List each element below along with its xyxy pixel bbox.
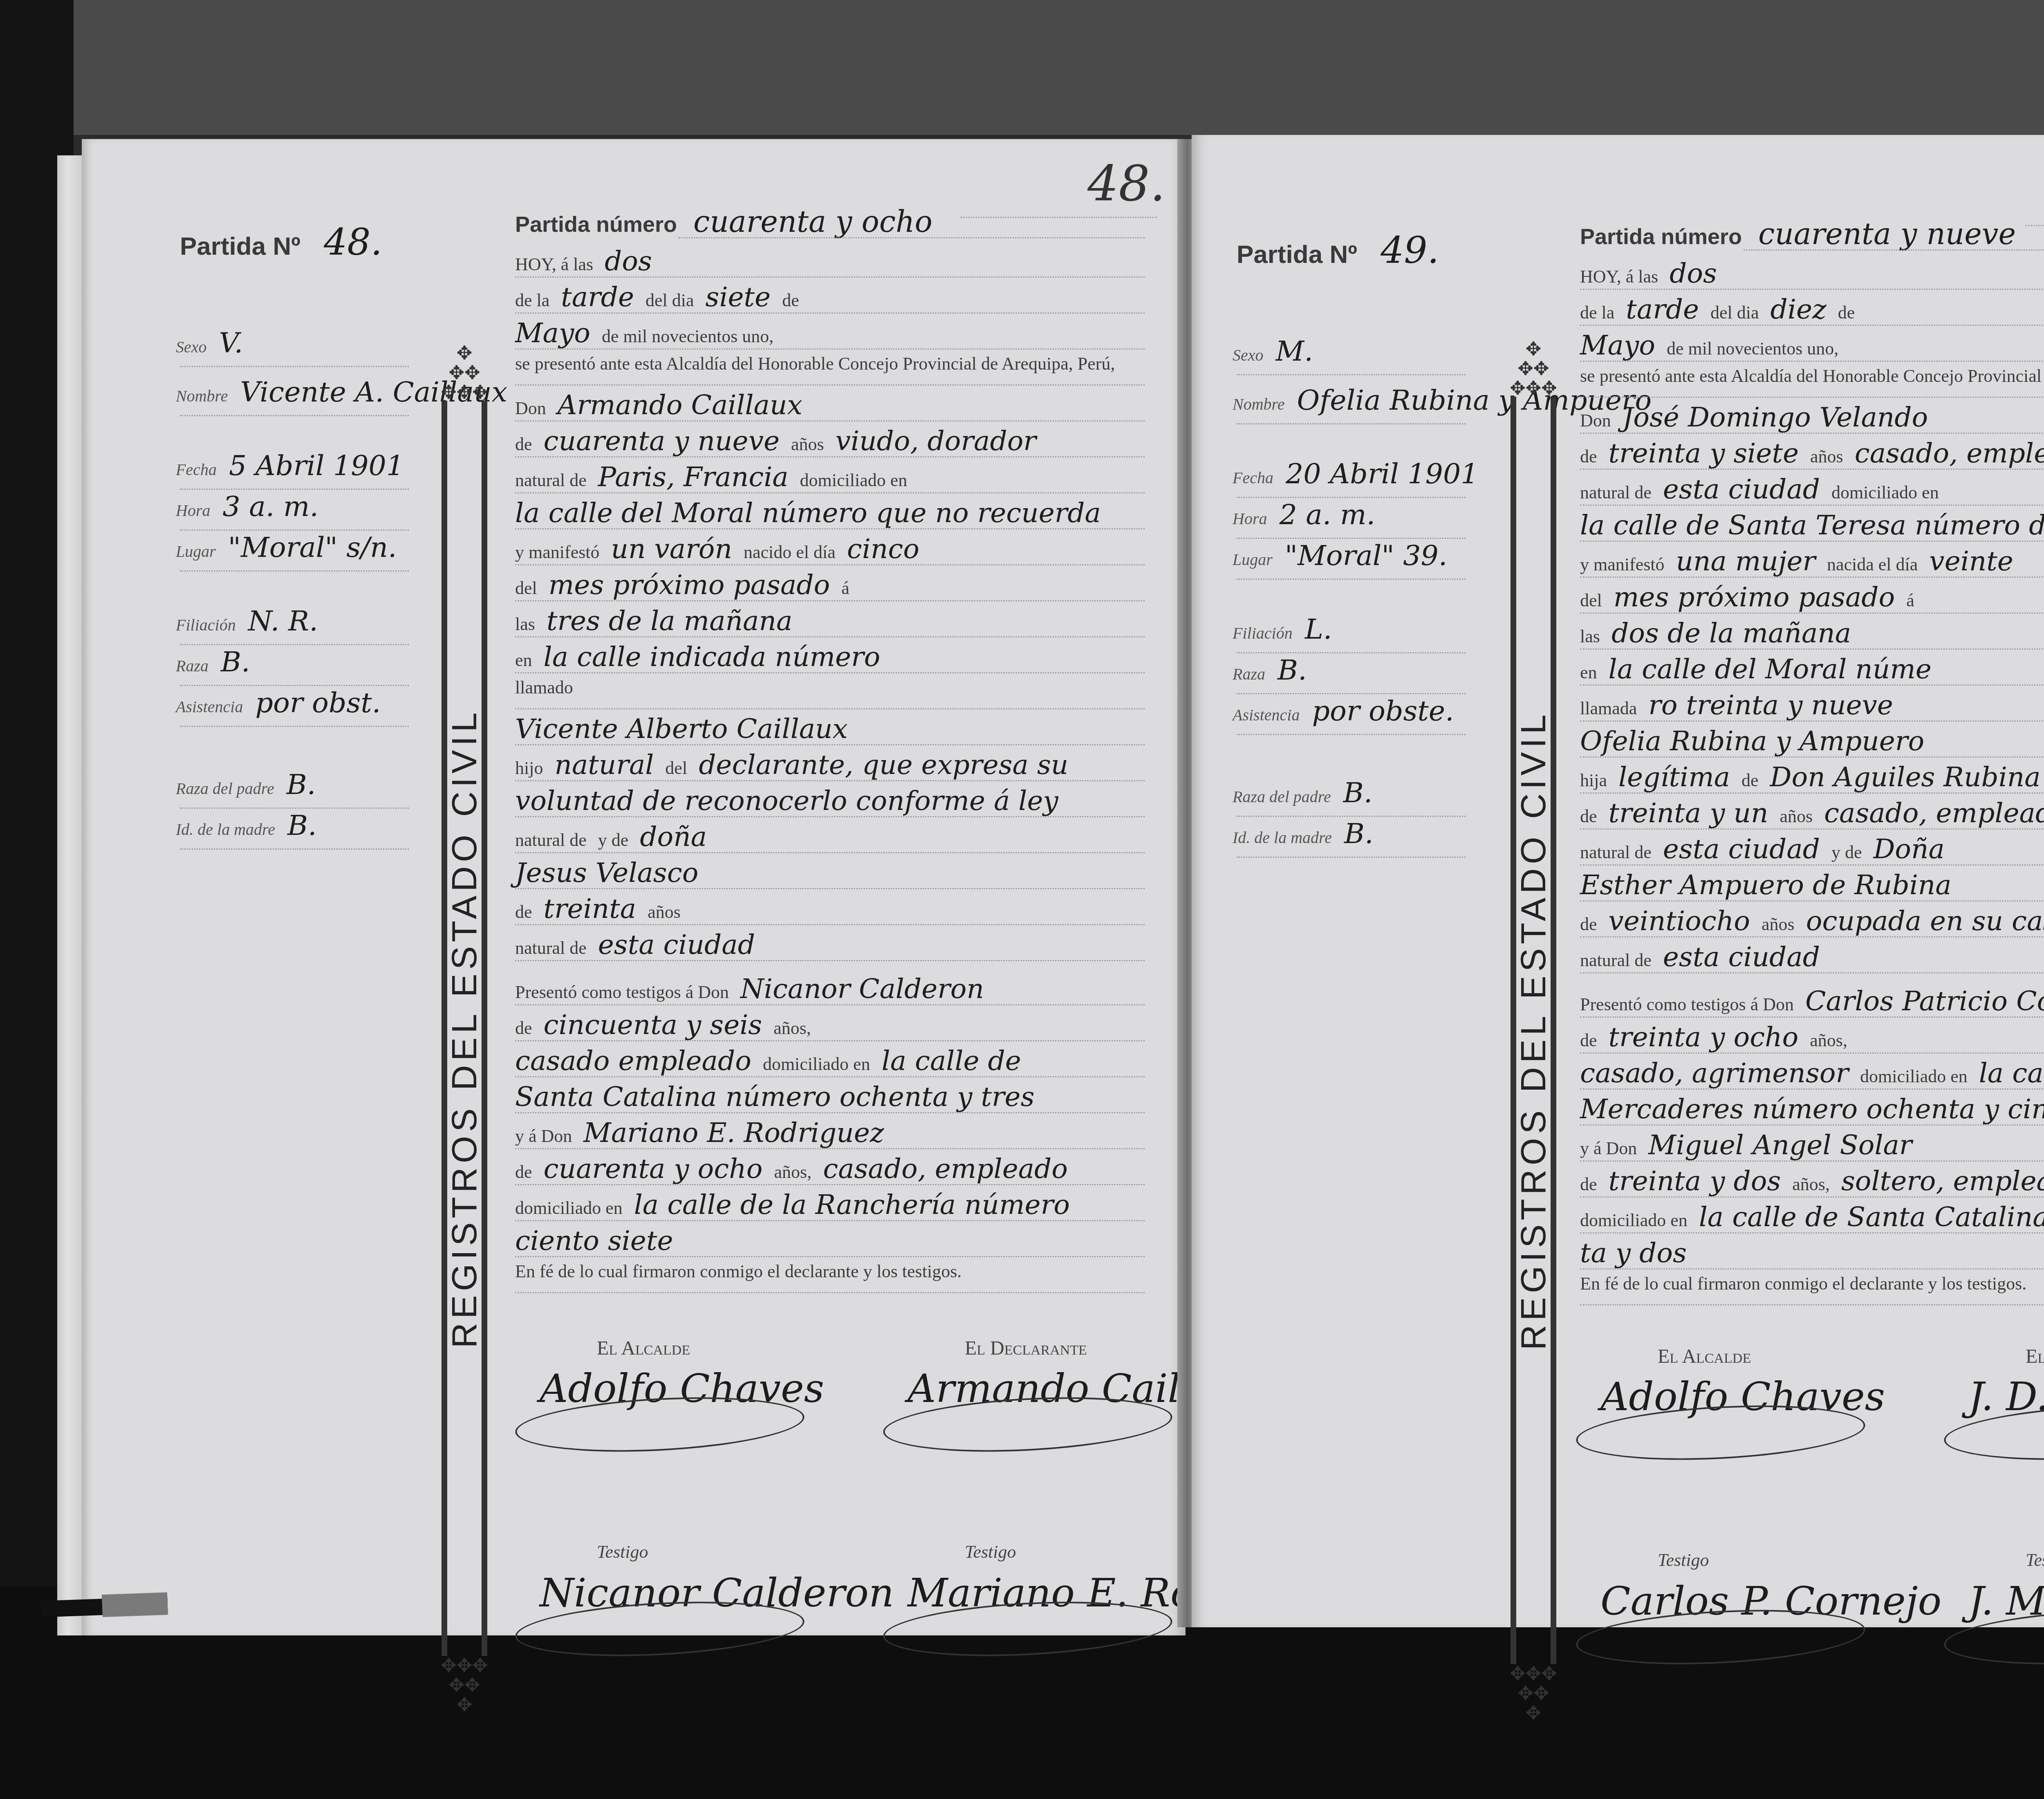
- printed-text: de: [1580, 446, 1597, 467]
- printed-text: años: [1762, 914, 1795, 935]
- handwritten-text: Miguel Angel Solar: [1648, 1129, 1912, 1161]
- entry-line: ta y dos: [1580, 1237, 2044, 1269]
- microfilm-scan: 48. Partida Nº 48.SexoV.NombreVicente A.…: [0, 0, 2044, 1799]
- register-page-48: 48. Partida Nº 48.SexoV.NombreVicente A.…: [82, 139, 1186, 1635]
- handwritten-text: dos: [1670, 258, 1717, 289]
- handwritten-text: natural: [554, 749, 654, 781]
- partida-number-heading: Partida Nº 49.: [1237, 229, 1439, 272]
- partida-numero-value: cuarenta y nueve: [1758, 217, 2016, 251]
- handwritten-text: treinta: [544, 893, 637, 924]
- field-value: B.: [1344, 818, 1374, 850]
- printed-text: de: [515, 434, 532, 455]
- handwritten-text: esta ciudad: [598, 929, 755, 960]
- field-value: 3 a. m.: [222, 491, 318, 523]
- printed-text: domiciliado en: [763, 1054, 870, 1074]
- handwritten-text: mes próximo pasado: [1614, 581, 1895, 613]
- partida-numero-line: Partida númerocuarenta y nueve: [1580, 217, 2016, 251]
- field-label: Fecha: [1233, 469, 1273, 487]
- band-text: REGISTROS DEL ESTADO CIVIL: [444, 709, 485, 1348]
- entry-line: Vicente Alberto Caillaux: [515, 713, 1145, 745]
- handwritten-text: Mayo: [1580, 330, 1655, 361]
- handwritten-text: Mariano E. Rodriguez: [583, 1117, 884, 1148]
- handwritten-text: Mayo: [515, 317, 590, 349]
- printed-text: y manifestó: [1580, 554, 1665, 575]
- field-value: B.: [221, 646, 250, 678]
- handwritten-text: veinte: [1929, 545, 2013, 577]
- fleur-ornament-icon: ✥✥✥✥✥✥: [1505, 339, 1562, 398]
- field-value: "Moral" s/n.: [228, 532, 397, 564]
- handwritten-text: Esther Ampuero de Rubina: [1580, 869, 1952, 901]
- entry-line: casado empleadodomiciliado enla calle de: [515, 1045, 1145, 1077]
- printed-text: natural de: [1580, 950, 1652, 971]
- handwritten-text: casado empleado: [515, 1045, 751, 1077]
- entry-line: la calle de Santa Teresa número diecisie…: [1580, 509, 2044, 541]
- printed-text: natural de: [515, 470, 587, 491]
- handwritten-text: la calle del Moral núme: [1609, 653, 1932, 685]
- printed-text: llamada: [1580, 698, 1637, 719]
- margin-field: Hora3 a. m.: [176, 491, 318, 523]
- entry-line: Mayode mil novecientos uno,: [1580, 330, 2044, 361]
- entry-line: HOY, á lasdos: [515, 245, 1145, 277]
- printed-text: y manifestó: [515, 542, 600, 563]
- printed-text: y á Don: [515, 1126, 572, 1146]
- printed-text: natural de: [1580, 842, 1652, 863]
- printed-text: del dia: [645, 290, 694, 311]
- entry-line: enla calle indicada número: [515, 641, 1145, 673]
- printed-text: de mil novecientos uno,: [602, 326, 773, 347]
- printed-text: nacida el día: [1827, 554, 1918, 575]
- printed-text: años,: [1810, 1030, 1847, 1051]
- printed-text: y á Don: [1580, 1138, 1637, 1159]
- entry-line: En fé de lo cual firmaron conmigo el dec…: [1580, 1273, 2044, 1294]
- page-stack-edge: [57, 155, 82, 1635]
- handwritten-text: cincuenta y seis: [544, 1009, 762, 1041]
- printed-text: Presentó como testigos á Don: [1580, 994, 1794, 1015]
- entry-line: natural deParis, Franciadomiciliado en: [515, 461, 1145, 493]
- field-label: Sexo: [1233, 346, 1264, 364]
- printed-text: del dia: [1710, 302, 1759, 323]
- handwritten-text: Doña: [1873, 833, 1945, 865]
- printed-text: de: [515, 1162, 532, 1182]
- handwritten-text: veintiocho: [1609, 905, 1750, 937]
- partida-value: 49.: [1381, 229, 1439, 272]
- entry-line: se presentó ante esta Alcaldía del Honor…: [515, 353, 1145, 374]
- entry-line: natural deesta ciudaddomiciliado en: [1580, 473, 2044, 505]
- handwritten-text: legítima: [1618, 761, 1730, 793]
- margin-field: Id. de la madreB.: [176, 810, 317, 842]
- field-value: "Moral" 39.: [1285, 540, 1448, 572]
- entry-line: y á DonMiguel Angel Solar: [1580, 1129, 2044, 1161]
- field-value: B.: [1343, 777, 1373, 809]
- fleur-ornament-icon: ✥✥✥✥✥✥: [436, 343, 493, 402]
- entry-line: lastres de la mañana: [515, 605, 1145, 637]
- field-label: Asistencia: [176, 698, 243, 716]
- printed-text: de: [515, 1018, 532, 1039]
- field-value: V.: [219, 327, 243, 359]
- printed-text: las: [1580, 626, 1600, 647]
- margin-field: SexoV.: [176, 327, 243, 359]
- handwritten-text: Ofelia Rubina y Ampuero: [1580, 725, 1924, 757]
- entry-line: detreinta y unañoscasado, empleado: [1580, 797, 2044, 829]
- entry-line: de latardedel diasietede: [515, 281, 1145, 313]
- printed-text: en: [515, 650, 532, 671]
- margin-field: Raza del padreB.: [176, 769, 316, 801]
- handwritten-text: casado, empleado: [1855, 437, 2044, 469]
- printed-text: años,: [1792, 1174, 1830, 1195]
- entry-line: Presentó como testigos á DonNicanor Cald…: [515, 973, 1145, 1005]
- entry-line: Jesus Velasco: [515, 857, 1145, 888]
- printed-text: natural de: [515, 938, 587, 958]
- handwritten-text: Jesus Velasco: [515, 857, 698, 888]
- entry-line: decincuenta y seisaños,: [515, 1009, 1145, 1041]
- signature-label: Testigo: [2026, 1550, 2044, 1570]
- signature-label: El Alcalde: [1658, 1345, 1751, 1368]
- handwritten-text: treinta y un: [1609, 797, 1768, 829]
- printed-text: de mil novecientos uno,: [1667, 338, 1838, 359]
- printed-text: natural de: [515, 830, 587, 850]
- handwritten-text: la calle de Santa Catalina, número trein: [1699, 1201, 2044, 1233]
- signature-label: El Declarante: [2026, 1345, 2044, 1368]
- signature-label: Testigo: [1658, 1550, 1709, 1570]
- signature-label: Testigo: [597, 1541, 648, 1562]
- entry-line: DonArmando Caillaux: [515, 389, 1145, 421]
- handwritten-text: casado, agrimensor: [1580, 1057, 1849, 1089]
- field-value: N. R.: [248, 605, 318, 637]
- printed-text: HOY, á las: [1580, 266, 1658, 287]
- field-label: Fecha: [176, 460, 217, 479]
- entry-line: voluntad de reconocerlo conforme á ley: [515, 785, 1145, 817]
- field-value: por obst.: [255, 687, 381, 719]
- handwritten-text: la calle indicada número: [544, 641, 881, 673]
- field-label: Lugar: [1233, 550, 1273, 569]
- handwritten-text: Nicanor Calderon: [740, 973, 984, 1005]
- handwritten-text: tarde: [1626, 294, 1699, 325]
- entry-line: natural deesta ciudad: [1580, 941, 2044, 973]
- handwritten-text: ocupada en su casa: [1806, 905, 2044, 937]
- printed-text: domiciliado en: [1580, 1210, 1688, 1231]
- margin-field: Lugar"Moral" 39.: [1233, 540, 1448, 572]
- handwritten-text: cinco: [847, 533, 919, 565]
- printed-text: de: [1580, 806, 1597, 827]
- film-border-top: [0, 0, 2044, 135]
- field-label: Hora: [176, 501, 210, 520]
- entry-line: domiciliado enla calle de Santa Catalina…: [1580, 1201, 2044, 1233]
- entry-line: hijonaturaldeldeclarante, que expresa su: [515, 749, 1145, 781]
- band-text: REGISTROS DEL ESTADO CIVIL: [1513, 711, 1554, 1350]
- entry-line: Presentó como testigos á DonCarlos Patri…: [1580, 985, 2044, 1017]
- handwritten-text: treinta y dos: [1609, 1165, 1781, 1197]
- entry-line: detreinta y dosaños,soltero, empleado: [1580, 1165, 2044, 1197]
- field-label: Raza del padre: [176, 779, 274, 798]
- printed-text: años: [791, 434, 824, 455]
- printed-text: hija: [1580, 770, 1607, 791]
- handwritten-text: un varón: [611, 533, 732, 565]
- signature-label: Testigo: [965, 1541, 1016, 1562]
- entry-line: lasdos de la mañana: [1580, 617, 2044, 649]
- partida-value: 48.: [324, 221, 382, 264]
- margin-field: Lugar"Moral" s/n.: [176, 532, 397, 564]
- field-label: Raza: [1233, 665, 1265, 683]
- handwritten-text: declarante, que expresa su: [699, 749, 1068, 781]
- entry-line: casado, agrimensordomiciliado enla calle…: [1580, 1057, 2044, 1089]
- field-label: Id. de la madre: [176, 820, 275, 839]
- page-number: 48.: [1087, 155, 1165, 212]
- entry-line: Mercaderes número ochenta y cinco: [1580, 1093, 2044, 1125]
- field-value: 2 a. m.: [1279, 499, 1375, 531]
- handwritten-text: Armando Caillaux: [558, 389, 802, 421]
- partida-numero-label: Partida número: [515, 212, 677, 237]
- field-label: Hora: [1233, 509, 1267, 528]
- field-label: Filiación: [176, 616, 236, 634]
- handwritten-text: soltero, empleado: [1841, 1165, 2044, 1197]
- entry-line: enla calle del Moral núme: [1580, 653, 2044, 685]
- partida-label: Partida Nº: [1237, 240, 1364, 269]
- handwritten-text: cuarenta y nueve: [544, 425, 780, 457]
- field-label: Nombre: [176, 387, 228, 405]
- margin-field: Asistenciapor obst.: [176, 687, 381, 719]
- printed-text: años,: [774, 1162, 812, 1182]
- printed-text: á: [1906, 590, 1914, 611]
- handwritten-text: Mercaderes número ochenta y cinco: [1580, 1093, 2044, 1125]
- field-label: Asistencia: [1233, 706, 1300, 724]
- entry-line: y manifestóuna mujernacida el díaveinte: [1580, 545, 2044, 577]
- margin-field: RazaB.: [1233, 654, 1307, 686]
- handwritten-text: casado, empleado: [823, 1153, 1068, 1184]
- printed-text: de: [1580, 1030, 1597, 1051]
- entry-line: y manifestóun varónnacido el díacinco: [515, 533, 1145, 565]
- printed-text: años: [1780, 806, 1813, 827]
- handwritten-text: Carlos Patricio Cornejo: [1805, 985, 2044, 1017]
- printed-text: HOY, á las: [515, 254, 593, 275]
- entry-line: la calle del Moral número que no recuerd…: [515, 497, 1145, 529]
- printed-text: Don: [515, 398, 546, 419]
- field-label: Raza: [176, 657, 208, 675]
- printed-text: domiciliado en: [515, 1198, 623, 1218]
- entry-line: delmes próximo pasadoá: [515, 569, 1145, 601]
- entry-line: natural deesta ciudady deDoña: [1580, 833, 2044, 865]
- printed-text: del: [515, 578, 537, 599]
- handwritten-text: dos de la mañana: [1611, 617, 1851, 649]
- printed-text: años: [648, 902, 681, 922]
- entry-line: de latardedel diadiezde: [1580, 294, 2044, 325]
- handwritten-text: la calle de: [882, 1045, 1021, 1077]
- entry-line: detreintaaños: [515, 893, 1145, 924]
- handwritten-text: la calle del Moral número que no recuerd…: [515, 497, 1101, 529]
- field-value: B.: [287, 810, 317, 842]
- field-label: Lugar: [176, 542, 216, 561]
- handwritten-text: esta ciudad: [1663, 941, 1820, 973]
- handwritten-text: José Domingo Velando: [1623, 402, 1928, 433]
- field-label: Raza del padre: [1233, 787, 1331, 806]
- field-label: Id. de la madre: [1233, 828, 1332, 847]
- printed-text: de: [515, 902, 532, 922]
- entry-line: hijalegítimadeDon Aguiles Rubina: [1580, 761, 2044, 793]
- margin-field: SexoM.: [1233, 335, 1313, 368]
- printed-text: domiciliado en: [1831, 482, 1939, 503]
- handwritten-text: diez: [1771, 294, 1827, 325]
- margin-field: Asistenciapor obste.: [1233, 695, 1454, 727]
- handwritten-text: voluntad de reconocerlo conforme á ley: [515, 785, 1058, 817]
- handwritten-text: casado, empleado: [1824, 797, 2044, 829]
- handwritten-text: ta y dos: [1580, 1237, 1687, 1269]
- signature-label: El Declarante: [965, 1337, 1087, 1359]
- handwritten-text: cuarenta y ocho: [544, 1153, 763, 1184]
- handwritten-text: tarde: [561, 281, 634, 313]
- field-label: Sexo: [176, 338, 207, 356]
- printed-text: natural de: [1580, 482, 1652, 503]
- printed-text: de: [1838, 302, 1855, 323]
- printed-text: nacido el día: [744, 542, 836, 563]
- printed-text: de: [1741, 770, 1759, 791]
- field-value: 5 Abril 1901: [229, 450, 404, 482]
- entry-line: se presentó ante esta Alcaldía del Honor…: [1580, 366, 2044, 386]
- entry-line: deveintiochoañosocupada en su casa: [1580, 905, 2044, 937]
- handwritten-text: la calle de: [1979, 1057, 2044, 1089]
- fleur-ornament-icon: ✥✥✥✥✥✥: [436, 1656, 493, 1715]
- register-page-49: 49. Partida Nº 49.SexoM.NombreOfelia Rub…: [1192, 135, 2044, 1627]
- handwritten-text: ro treinta y nueve: [1648, 689, 1893, 721]
- handwritten-text: siete: [706, 281, 771, 313]
- entry-line: ciento siete: [515, 1225, 1145, 1256]
- printed-text: á: [841, 578, 849, 599]
- handwritten-text: Vicente Alberto Caillaux: [515, 713, 848, 745]
- entry-line: detreinta y ochoaños,: [1580, 1021, 2044, 1053]
- entry-line: DonJosé Domingo Velando: [1580, 402, 2044, 433]
- registry-band: REGISTROS DEL ESTADO CIVIL: [1511, 397, 1556, 1664]
- margin-field: Id. de la madreB.: [1233, 818, 1374, 850]
- handwritten-text: tres de la mañana: [547, 605, 792, 637]
- entry-line: natural deesta ciudad: [515, 929, 1145, 960]
- printed-text: domiciliado en: [1860, 1066, 1968, 1087]
- margin-field: FiliaciónN. R.: [176, 605, 318, 637]
- printed-text: de: [782, 290, 799, 311]
- entry-line: Esther Ampuero de Rubina: [1580, 869, 2044, 901]
- margin-field: Fecha5 Abril 1901: [176, 450, 404, 482]
- partida-label: Partida Nº: [180, 232, 307, 260]
- field-value: B.: [287, 769, 316, 801]
- entry-line: decuarenta y ochoaños,casado, empleado: [515, 1153, 1145, 1184]
- printed-text: hijo: [515, 758, 543, 778]
- printed-text: años: [1810, 446, 1843, 467]
- entry-line: y á DonMariano E. Rodriguez: [515, 1117, 1145, 1148]
- signature-label: El Alcalde: [597, 1337, 690, 1359]
- entry-line: decuarenta y nueveañosviudo, dorador: [515, 425, 1145, 457]
- printed-text: de: [1580, 914, 1597, 935]
- printed-text: domiciliado en: [800, 470, 908, 491]
- field-value: por obste.: [1312, 695, 1454, 727]
- printed-text: y de: [598, 830, 629, 850]
- handwritten-text: una mujer: [1676, 545, 1816, 577]
- printed-text: llamado: [515, 677, 573, 698]
- entry-line: natural dey dedoña: [515, 821, 1145, 852]
- printed-text: de la: [515, 290, 549, 311]
- margin-field: RazaB.: [176, 646, 250, 678]
- printed-text: Presentó como testigos á Don: [515, 982, 729, 1003]
- entry-line: llamadaro treinta y nueve: [1580, 689, 2044, 721]
- handwritten-text: treinta y siete: [1609, 437, 1799, 469]
- handwritten-text: esta ciudad: [1663, 473, 1820, 505]
- partida-numero-value: cuarenta y ocho: [693, 204, 932, 239]
- printed-text: se presentó ante esta Alcaldía del Honor…: [515, 353, 1115, 374]
- printed-text: En fé de lo cual firmaron conmigo el dec…: [1580, 1273, 2026, 1294]
- printed-text: y de: [1831, 842, 1862, 863]
- handwritten-text: mes próximo pasado: [549, 569, 830, 601]
- printed-text: de la: [1580, 302, 1614, 323]
- printed-text: de: [1580, 1174, 1597, 1195]
- printed-text: años,: [773, 1018, 811, 1039]
- entry-line: Mayode mil novecientos uno,: [515, 317, 1145, 349]
- handwritten-text: dos: [605, 245, 652, 277]
- fleur-ornament-icon: ✥✥✥✥✥✥: [1505, 1664, 1562, 1723]
- partida-number-heading: Partida Nº 48.: [180, 221, 382, 264]
- handwritten-text: Paris, Francia: [598, 461, 789, 493]
- handwritten-text: Santa Catalina número ochenta y tres: [515, 1081, 1035, 1113]
- field-label: Nombre: [1233, 395, 1284, 413]
- printed-text: en: [1580, 662, 1597, 683]
- margin-field: Fecha20 Abril 1901: [1233, 458, 1478, 490]
- partida-numero-line: Partida númerocuarenta y ocho: [515, 204, 932, 239]
- entry-line: HOY, á lasdos: [1580, 258, 2044, 289]
- handwritten-text: treinta y ocho: [1609, 1021, 1799, 1053]
- margin-field: Raza del padreB.: [1233, 777, 1372, 809]
- handwritten-text: la calle de Santa Teresa número diecisie…: [1580, 509, 2044, 541]
- handwritten-text: la calle de la Ranchería número: [634, 1189, 1070, 1220]
- field-value: 20 Abril 1901: [1286, 458, 1478, 490]
- entry-line: llamado: [515, 677, 1145, 698]
- field-value: M.: [1276, 335, 1313, 368]
- printed-text: las: [515, 614, 535, 635]
- margin-field: Hora2 a. m.: [1233, 499, 1375, 531]
- handwritten-text: viudo, dorador: [836, 425, 1036, 457]
- printed-text: del: [665, 758, 687, 778]
- entry-line: Ofelia Rubina y Ampuero: [1580, 725, 2044, 757]
- entry-line: En fé de lo cual firmaron conmigo el dec…: [515, 1261, 1145, 1282]
- handwritten-text: doña: [640, 821, 707, 852]
- margin-field: FiliaciónL.: [1233, 613, 1332, 646]
- registry-band: REGISTROS DEL ESTADO CIVIL: [442, 401, 487, 1656]
- printed-text: Don: [1580, 410, 1611, 431]
- handwritten-text: ciento siete: [515, 1225, 673, 1256]
- field-value: L.: [1305, 613, 1332, 646]
- entry-line: detreinta y sieteañoscasado, empleado: [1580, 437, 2044, 469]
- handwritten-text: Don Aguiles Rubina: [1770, 761, 2041, 793]
- printed-text: se presentó ante esta Alcaldía del Honor…: [1580, 366, 2044, 386]
- entry-line: delmes próximo pasadoá: [1580, 581, 2044, 613]
- handwritten-text: esta ciudad: [1663, 833, 1820, 865]
- printed-text: En fé de lo cual firmaron conmigo el dec…: [515, 1261, 961, 1282]
- printed-text: del: [1580, 590, 1602, 611]
- entry-line: domiciliado enla calle de la Ranchería n…: [515, 1189, 1145, 1220]
- field-label: Filiación: [1233, 624, 1293, 642]
- partida-numero-label: Partida número: [1580, 224, 1742, 249]
- entry-line: Santa Catalina número ochenta y tres: [515, 1081, 1145, 1113]
- field-value: B.: [1277, 654, 1307, 686]
